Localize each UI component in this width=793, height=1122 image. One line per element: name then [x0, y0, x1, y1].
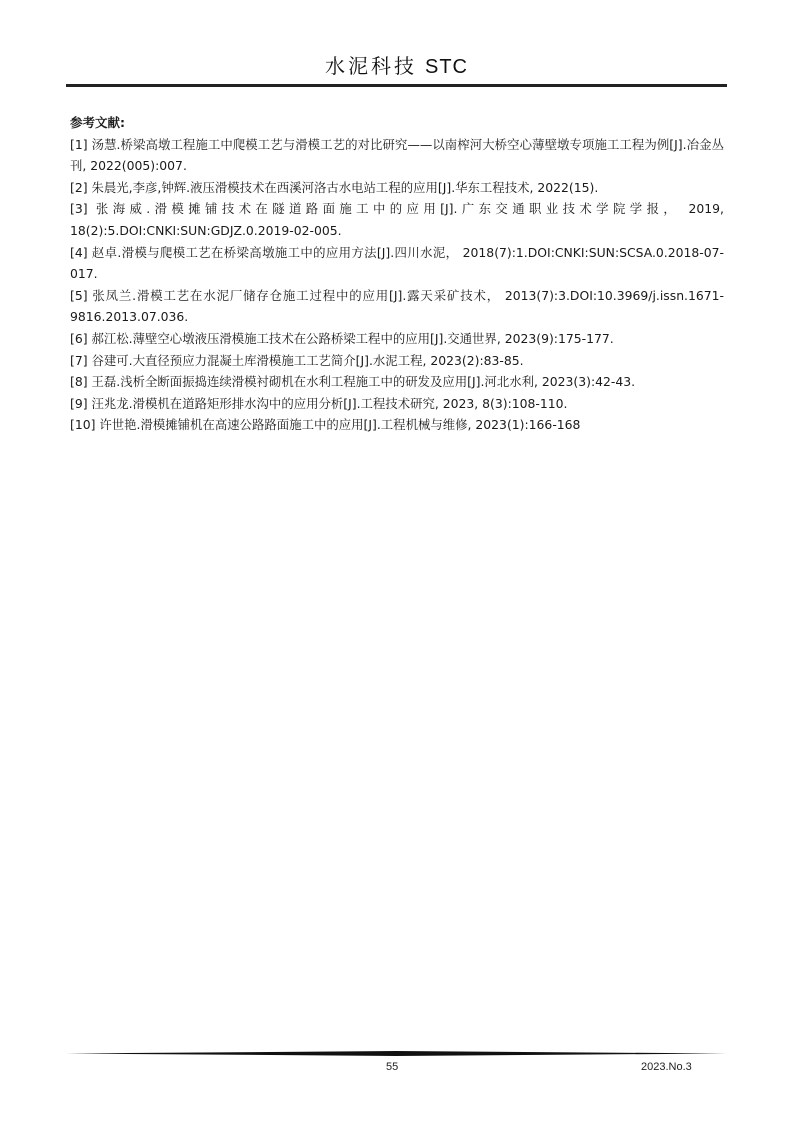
reference-item: [3] 张海威.滑模摊铺技术在隧道路面施工中的应用[J].广东交通职业技术学院学…	[70, 198, 724, 241]
references-section: 参考文献: [1] 汤慧.桥梁高墩工程施工中爬模工艺与滑模工艺的对比研究——以南…	[70, 112, 724, 436]
journal-title-en: STC	[425, 56, 468, 78]
page-number: 55	[386, 1061, 398, 1073]
reference-item: [4] 赵卓.滑模与爬模工艺在桥梁高墩施工中的应用方法[J].四川水泥， 201…	[70, 242, 724, 285]
reference-item: [5] 张凤兰.滑模工艺在水泥厂储存仓施工过程中的应用[J].露天采矿技术， 2…	[70, 285, 724, 328]
footer-rule	[66, 1051, 727, 1056]
footer-swell-rule	[66, 1051, 727, 1056]
issue-label: 2023.No.3	[641, 1061, 692, 1073]
reference-item: [9] 汪兆龙.滑模机在道路矩形排水沟中的应用分析[J].工程技术研究, 202…	[70, 393, 724, 415]
reference-item: [1] 汤慧.桥梁高墩工程施工中爬模工艺与滑模工艺的对比研究——以南榨河大桥空心…	[70, 134, 724, 177]
reference-item: [8] 王磊.浅析全断面振捣连续滑模衬砌机在水利工程施工中的研发及应用[J].河…	[70, 371, 724, 393]
journal-header: 水泥科技STC	[0, 50, 793, 79]
reference-item: [10] 许世艳.滑模摊铺机在高速公路路面施工中的应用[J].工程机械与维修, …	[70, 414, 724, 436]
header-rule	[66, 84, 727, 87]
references-heading: 参考文献:	[70, 112, 724, 134]
reference-item: [6] 郝江松.薄壁空心墩液压滑模施工技术在公路桥梁工程中的应用[J].交通世界…	[70, 328, 724, 350]
reference-item: [7] 谷建可.大直径预应力混凝土库滑模施工工艺简介[J].水泥工程, 2023…	[70, 350, 724, 372]
journal-title-cn: 水泥科技	[325, 54, 417, 78]
reference-item: [2] 朱晨光,李彦,钟辉.液压滑模技术在西溪河洛古水电站工程的应用[J].华东…	[70, 177, 724, 199]
